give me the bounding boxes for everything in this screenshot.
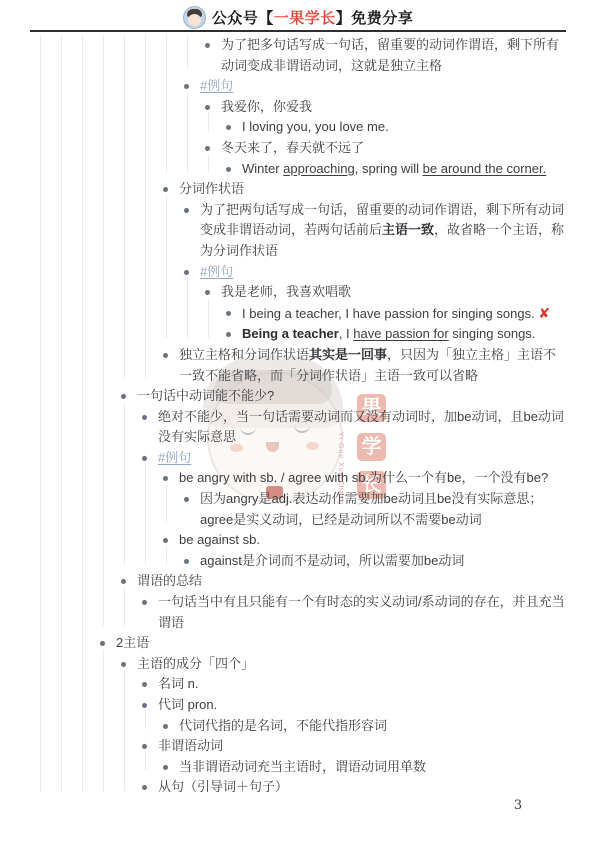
- text-segment: singing songs.: [449, 326, 536, 341]
- bullet-icon: [142, 785, 147, 790]
- avatar-face: [188, 14, 201, 26]
- example-link[interactable]: #例句: [200, 78, 233, 93]
- item-text: 当非谓语动词充当主语时，谓语动词用单数: [179, 759, 426, 774]
- bullet-icon: [205, 146, 210, 151]
- item-text: 为了把多句话写成一句话，留重要的动词作谓语，剩下所有动词变成非谓语动词，这就是独…: [221, 37, 559, 73]
- outline-item: 代词 pron.代词代指的是名词，不能代指形容词: [137, 695, 566, 736]
- bullet-icon: [184, 208, 189, 213]
- text-segment: 一句话中动词能不能少?: [137, 388, 274, 403]
- outline-item: 绝对不能少，当一句话需要动词而又没有动词时，加be动词，且be动词没有实际意思: [137, 407, 566, 448]
- outline-row: 代词 pron.: [137, 695, 566, 716]
- outline-row: #例句: [179, 262, 566, 283]
- header-title-prefix: 公众号【: [212, 10, 274, 27]
- outline-row: 谓语的总结: [116, 571, 566, 592]
- outline-item: 当非谓语动词充当主语时，谓语动词用单数: [158, 757, 566, 778]
- text-segment: 绝对不能少，当一句话需要动词而又没有动词时，加be动词，且be动词没有实际意思: [158, 409, 564, 445]
- item-text: 绝对不能少，当一句话需要动词而又没有动词时，加be动词，且be动词没有实际意思: [158, 409, 564, 445]
- outline-row: be angry with sb. / agree with sb.为什么一个有…: [158, 468, 566, 489]
- item-text: 代词代指的是名词，不能代指形容词: [179, 718, 387, 733]
- example-link[interactable]: #例句: [200, 264, 233, 279]
- page-number: 3: [508, 798, 528, 813]
- bullet-icon: [163, 187, 168, 192]
- text-segment: against是介词而不是动词，所以需要加be动词: [200, 553, 464, 568]
- item-text: 代词 pron.: [158, 697, 217, 712]
- outline-item: 名词 n.: [137, 674, 566, 695]
- children-group: 为了把多句话写成一句话，留重要的动词作谓语，剩下所有动词变成非谓语动词，这就是独…: [53, 35, 566, 798]
- outline-item: against是介词而不是动词，所以需要加be动词: [179, 551, 566, 572]
- outline-item: 我是老师，我喜欢唱歌I being a teacher, I have pass…: [200, 282, 566, 345]
- outline-row: against是介词而不是动词，所以需要加be动词: [179, 551, 566, 572]
- item-text: 从句（引导词＋句子）: [158, 779, 288, 794]
- item-text: 冬天来了，春天就不远了: [221, 140, 364, 155]
- text-segment: 名词 n.: [158, 676, 198, 691]
- bullet-icon: [163, 353, 168, 358]
- outline-row: 2主语: [95, 633, 566, 654]
- outline-item: 2主语主语的成分「四个」名词 n.代词 pron.代词代指的是名词，不能代指形容…: [95, 633, 566, 798]
- children-group: I being a teacher, I have passion for si…: [221, 303, 566, 345]
- children-group: 当非谓语动词充当主语时，谓语动词用单数: [158, 757, 566, 778]
- children-group: 为了把多句话写成一句话，留重要的动词作谓语，剩下所有动词变成非谓语动词，这就是独…: [116, 35, 566, 633]
- outline-item: 为了把多句话写成一句话，留重要的动词作谓语，剩下所有动词变成非谓语动词，这就是独…: [200, 35, 566, 76]
- bullet-icon: [226, 332, 231, 337]
- outline-item: 一句话中动词能不能少?绝对不能少，当一句话需要动词而又没有动词时，加be动词，且…: [116, 386, 566, 571]
- item-text: #例句: [158, 450, 191, 465]
- page-header: 公众号【一果学长】免费分享: [0, 4, 596, 30]
- children-group: against是介词而不是动词，所以需要加be动词: [179, 551, 566, 572]
- outline-row: 分词作状语: [158, 179, 566, 200]
- outline-item: 主语的成分「四个」名词 n.代词 pron.代词代指的是名词，不能代指形容词非谓…: [116, 654, 566, 798]
- text-segment: 独立主格和分词作状语: [179, 347, 309, 362]
- item-text: against是介词而不是动词，所以需要加be动词: [200, 553, 464, 568]
- children-group: 为了把多句话写成一句话，留重要的动词作谓语，剩下所有动词变成非谓语动词，这就是独…: [95, 35, 566, 798]
- outline-item: #例句我爱你，你爱我I loving you, you love me.冬天来了…: [179, 76, 566, 179]
- outline-item: be angry with sb. / agree with sb.为什么一个有…: [158, 468, 566, 530]
- outline-ghost-branch: 为了把多句话写成一句话，留重要的动词作谓语，剩下所有动词变成非谓语动词，这就是独…: [53, 35, 566, 798]
- bullet-icon: [163, 724, 168, 729]
- outline-row: 绝对不能少，当一句话需要动词而又没有动词时，加be动词，且be动词没有实际意思: [137, 407, 566, 448]
- outline-item: 我爱你，你爱我I loving you, you love me.: [200, 97, 566, 138]
- outline-row: 一句话当中有且只能有一个有时态的实义动词/系动词的存在，并且充当谓语: [137, 592, 566, 633]
- item-text: be angry with sb. / agree with sb.为什么一个有…: [179, 470, 548, 485]
- outline-item: 冬天来了，春天就不远了Winter approaching, spring wi…: [200, 138, 566, 179]
- outline-ghost-branch: 为了把多句话写成一句话，留重要的动词作谓语，剩下所有动词变成非谓语动词，这就是独…: [179, 35, 566, 76]
- header-title-suffix: 】免费分享: [336, 10, 414, 27]
- example-link[interactable]: #例句: [158, 450, 191, 465]
- item-text: I being a teacher, I have passion for si…: [242, 306, 550, 321]
- bullet-icon: [226, 311, 231, 316]
- item-text: 独立主格和分词作状语其实是一回事，只因为「独立主格」主语不一致不能省略，而「分词…: [179, 347, 556, 383]
- document-page: 公众号【一果学长】免费分享 果 学 长 Yi Guo Xue Zhang 为了把…: [0, 0, 596, 842]
- text-segment: 主语一致: [382, 222, 434, 237]
- bullet-icon: [163, 765, 168, 770]
- item-text: #例句: [200, 264, 233, 279]
- outline-row: 为了把两句话写成一句话，留重要的动词作谓语，剩下所有动词变成非谓语动词，若两句话…: [179, 200, 566, 262]
- outline-row: 我爱你，你爱我: [200, 97, 566, 118]
- text-segment: 谓语的总结: [137, 573, 202, 588]
- children-group: 为了把多句话写成一句话，留重要的动词作谓语，剩下所有动词变成非谓语动词，这就是独…: [137, 35, 566, 386]
- bullet-icon: [142, 682, 147, 687]
- children-group: 为了把多句话写成一句话，留重要的动词作谓语，剩下所有动词变成非谓语动词，这就是独…: [74, 35, 566, 798]
- outline-row: 从句（引导词＋句子）: [137, 777, 566, 798]
- outline-row: 代词代指的是名词，不能代指形容词: [158, 716, 566, 737]
- outline-item: Being a teacher, I have passion for sing…: [221, 324, 566, 345]
- outline-row: 因为angry是adj.表达动作需要加be动词且be没有实际意思；agree是实…: [179, 489, 566, 530]
- outline-item: 从句（引导词＋句子）: [137, 777, 566, 798]
- wrong-mark-icon: ✘: [538, 305, 550, 321]
- outline-row: 冬天来了，春天就不远了: [200, 138, 566, 159]
- outline-row: 我是老师，我喜欢唱歌: [200, 282, 566, 303]
- item-text: 因为angry是adj.表达动作需要加be动词且be没有实际意思；agree是实…: [200, 491, 542, 527]
- outline-row: be against sb.: [158, 530, 566, 551]
- bullet-icon: [184, 559, 189, 564]
- bullet-icon: [100, 641, 105, 646]
- item-text: Winter approaching, spring will be aroun…: [242, 161, 546, 176]
- text-segment: , I: [339, 326, 353, 341]
- text-segment: 主语的成分「四个」: [137, 656, 254, 671]
- bullet-icon: [163, 476, 168, 481]
- outline-item: be against sb.against是介词而不是动词，所以需要加be动词: [158, 530, 566, 571]
- bullet-icon: [121, 579, 126, 584]
- children-group: 为了把多句话写成一句话，留重要的动词作谓语，剩下所有动词变成非谓语动词，这就是独…: [158, 35, 566, 386]
- text-segment: be against sb.: [179, 532, 260, 547]
- item-text: #例句: [200, 78, 233, 93]
- bullet-icon: [226, 167, 231, 172]
- text-segment: , spring will: [355, 161, 423, 176]
- outline-row: 名词 n.: [137, 674, 566, 695]
- outline-row: 主语的成分「四个」: [116, 654, 566, 675]
- bullet-icon: [121, 394, 126, 399]
- outline-item: 一句话当中有且只能有一个有时态的实义动词/系动词的存在，并且充当谓语: [137, 592, 566, 633]
- text-segment: 代词 pron.: [158, 697, 217, 712]
- item-text: 2主语: [116, 635, 149, 650]
- outline-row: #例句: [179, 76, 566, 97]
- brand-name: 一果学长: [274, 10, 336, 27]
- children-group: 绝对不能少，当一句话需要动词而又没有动词时，加be动词，且be动词没有实际意思#…: [137, 407, 566, 572]
- text-segment: I loving you, you love me.: [242, 119, 389, 134]
- outline-row: Being a teacher, I have passion for sing…: [221, 324, 566, 345]
- children-group: 名词 n.代词 pron.代词代指的是名词，不能代指形容词非谓语动词当非谓语动词…: [137, 674, 566, 798]
- outline-item: #例句我是老师，我喜欢唱歌I being a teacher, I have p…: [179, 262, 566, 345]
- children-group: 为了把多句话写成一句话，留重要的动词作谓语，剩下所有动词变成非谓语动词，这就是独…: [179, 35, 566, 179]
- outline-item: #例句be angry with sb. / agree with sb.为什么…: [137, 448, 566, 572]
- outline-row: 一句话中动词能不能少?: [116, 386, 566, 407]
- children-group: be angry with sb. / agree with sb.为什么一个有…: [158, 468, 566, 571]
- outline-row: I loving you, you love me.: [221, 117, 566, 138]
- children-group: 代词代指的是名词，不能代指形容词: [158, 716, 566, 737]
- text-segment: 代词代指的是名词，不能代指形容词: [179, 718, 387, 733]
- outline-ghost-branch: 为了把多句话写成一句话，留重要的动词作谓语，剩下所有动词变成非谓语动词，这就是独…: [116, 35, 566, 386]
- outline-item: I loving you, you love me.: [221, 117, 566, 138]
- text-segment: Being a teacher: [242, 326, 339, 341]
- bullet-icon: [142, 703, 147, 708]
- bullet-icon: [205, 290, 210, 295]
- item-text: Being a teacher, I have passion for sing…: [242, 326, 535, 341]
- item-text: 非谓语动词: [158, 738, 223, 753]
- bullet-icon: [142, 415, 147, 420]
- text-segment: approaching: [283, 161, 355, 176]
- item-text: be against sb.: [179, 532, 260, 547]
- children-group: 一句话当中有且只能有一个有时态的实义动词/系动词的存在，并且充当谓语: [137, 592, 566, 633]
- header-title: 公众号【一果学长】免费分享: [212, 7, 414, 28]
- outline-item: I being a teacher, I have passion for si…: [221, 303, 566, 325]
- bullet-icon: [226, 125, 231, 130]
- text-segment: 冬天来了，春天就不远了: [221, 140, 364, 155]
- text-segment: 当非谓语动词充当主语时，谓语动词用单数: [179, 759, 426, 774]
- children-group: 我是老师，我喜欢唱歌I being a teacher, I have pass…: [200, 282, 566, 345]
- item-text: 一句话中动词能不能少?: [137, 388, 274, 403]
- text-segment: 因为angry是adj.表达动作需要加be动词且be没有实际意思；agree是实…: [200, 491, 542, 527]
- text-segment: have passion for: [353, 326, 448, 341]
- outline-item: 分词作状语为了把两句话写成一句话，留重要的动词作谓语，剩下所有动词变成非谓语动词…: [158, 179, 566, 345]
- outline-item: 谓语的总结一句话当中有且只能有一个有时态的实义动词/系动词的存在，并且充当谓语: [116, 571, 566, 633]
- text-segment: I being a teacher, I have passion for si…: [242, 306, 538, 321]
- text-segment: 分词作状语: [179, 181, 244, 196]
- outline-ghost-branch: 为了把多句话写成一句话，留重要的动词作谓语，剩下所有动词变成非谓语动词，这就是独…: [32, 35, 566, 798]
- bullet-icon: [142, 744, 147, 749]
- bullet-icon: [142, 456, 147, 461]
- text-segment: 我是老师，我喜欢唱歌: [221, 284, 351, 299]
- outline: 为了把多句话写成一句话，留重要的动词作谓语，剩下所有动词变成非谓语动词，这就是独…: [32, 35, 566, 798]
- item-text: 名词 n.: [158, 676, 198, 691]
- outline-item: 为了把两句话写成一句话，留重要的动词作谓语，剩下所有动词变成非谓语动词，若两句话…: [179, 200, 566, 262]
- outline-item: 非谓语动词当非谓语动词充当主语时，谓语动词用单数: [137, 736, 566, 777]
- item-text: 谓语的总结: [137, 573, 202, 588]
- bullet-icon: [184, 270, 189, 275]
- outline-ghost-branch: 为了把多句话写成一句话，留重要的动词作谓语，剩下所有动词变成非谓语动词，这就是独…: [158, 35, 566, 179]
- text-segment: Winter: [242, 161, 283, 176]
- bullet-icon: [163, 538, 168, 543]
- outline-item: 因为angry是adj.表达动作需要加be动词且be没有实际意思；agree是实…: [179, 489, 566, 530]
- bullet-icon: [184, 497, 189, 502]
- bullet-icon: [121, 662, 126, 667]
- children-group: 为了把两句话写成一句话，留重要的动词作谓语，剩下所有动词变成非谓语动词，若两句话…: [179, 200, 566, 345]
- item-text: 为了把两句话写成一句话，留重要的动词作谓语，剩下所有动词变成非谓语动词，若两句话…: [200, 202, 564, 258]
- brand-avatar-icon: [183, 6, 206, 29]
- outline-row: 当非谓语动词充当主语时，谓语动词用单数: [158, 757, 566, 778]
- outline-row: 独立主格和分词作状语其实是一回事，只因为「独立主格」主语不一致不能省略，而「分词…: [158, 345, 566, 386]
- header-divider: [30, 30, 566, 32]
- outline-row: 为了把多句话写成一句话，留重要的动词作谓语，剩下所有动词变成非谓语动词，这就是独…: [200, 35, 566, 76]
- item-text: I loving you, you love me.: [242, 119, 389, 134]
- text-segment: 为了把多句话写成一句话，留重要的动词作谓语，剩下所有动词变成非谓语动词，这就是独…: [221, 37, 559, 73]
- item-text: 一句话当中有且只能有一个有时态的实义动词/系动词的存在，并且充当谓语: [158, 594, 565, 630]
- children-group: Winter approaching, spring will be aroun…: [221, 159, 566, 180]
- text-segment: 非谓语动词: [158, 738, 223, 753]
- bullet-icon: [184, 84, 189, 89]
- children-group: 因为angry是adj.表达动作需要加be动词且be没有实际意思；agree是实…: [179, 489, 566, 530]
- text-segment: 其实是一回事: [309, 347, 387, 362]
- children-group: 我爱你，你爱我I loving you, you love me.冬天来了，春天…: [200, 97, 566, 179]
- item-text: 主语的成分「四个」: [137, 656, 254, 671]
- text-segment: be around the corner.: [423, 161, 547, 176]
- outline-ghost-branch: 为了把多句话写成一句话，留重要的动词作谓语，剩下所有动词变成非谓语动词，这就是独…: [95, 35, 566, 633]
- outline-row: #例句: [137, 448, 566, 469]
- outline-item: 代词代指的是名词，不能代指形容词: [158, 716, 566, 737]
- text-segment: 一句话当中有且只能有一个有时态的实义动词/系动词的存在，并且充当谓语: [158, 594, 565, 630]
- children-group: I loving you, you love me.: [221, 117, 566, 138]
- text-segment: 2主语: [116, 635, 149, 650]
- outline-item: Winter approaching, spring will be aroun…: [221, 159, 566, 180]
- outline-item: 独立主格和分词作状语其实是一回事，只因为「独立主格」主语不一致不能省略，而「分词…: [158, 345, 566, 386]
- outline-row: Winter approaching, spring will be aroun…: [221, 159, 566, 180]
- outline-row: I being a teacher, I have passion for si…: [221, 303, 566, 325]
- text-segment: 从句（引导词＋句子）: [158, 779, 288, 794]
- outline-ghost-branch: 为了把多句话写成一句话，留重要的动词作谓语，剩下所有动词变成非谓语动词，这就是独…: [137, 35, 566, 386]
- outline-row: 非谓语动词: [137, 736, 566, 757]
- outline-ghost-branch: 为了把多句话写成一句话，留重要的动词作谓语，剩下所有动词变成非谓语动词，这就是独…: [74, 35, 566, 798]
- item-text: 我是老师，我喜欢唱歌: [221, 284, 351, 299]
- bullet-icon: [205, 105, 210, 110]
- item-text: 我爱你，你爱我: [221, 99, 312, 114]
- children-group: 主语的成分「四个」名词 n.代词 pron.代词代指的是名词，不能代指形容词非谓…: [116, 654, 566, 798]
- text-segment: be angry with sb. / agree with sb.为什么一个有…: [179, 470, 548, 485]
- bullet-icon: [142, 600, 147, 605]
- children-group: 为了把多句话写成一句话，留重要的动词作谓语，剩下所有动词变成非谓语动词，这就是独…: [200, 35, 566, 76]
- bullet-icon: [205, 43, 210, 48]
- text-segment: 我爱你，你爱我: [221, 99, 312, 114]
- item-text: 分词作状语: [179, 181, 244, 196]
